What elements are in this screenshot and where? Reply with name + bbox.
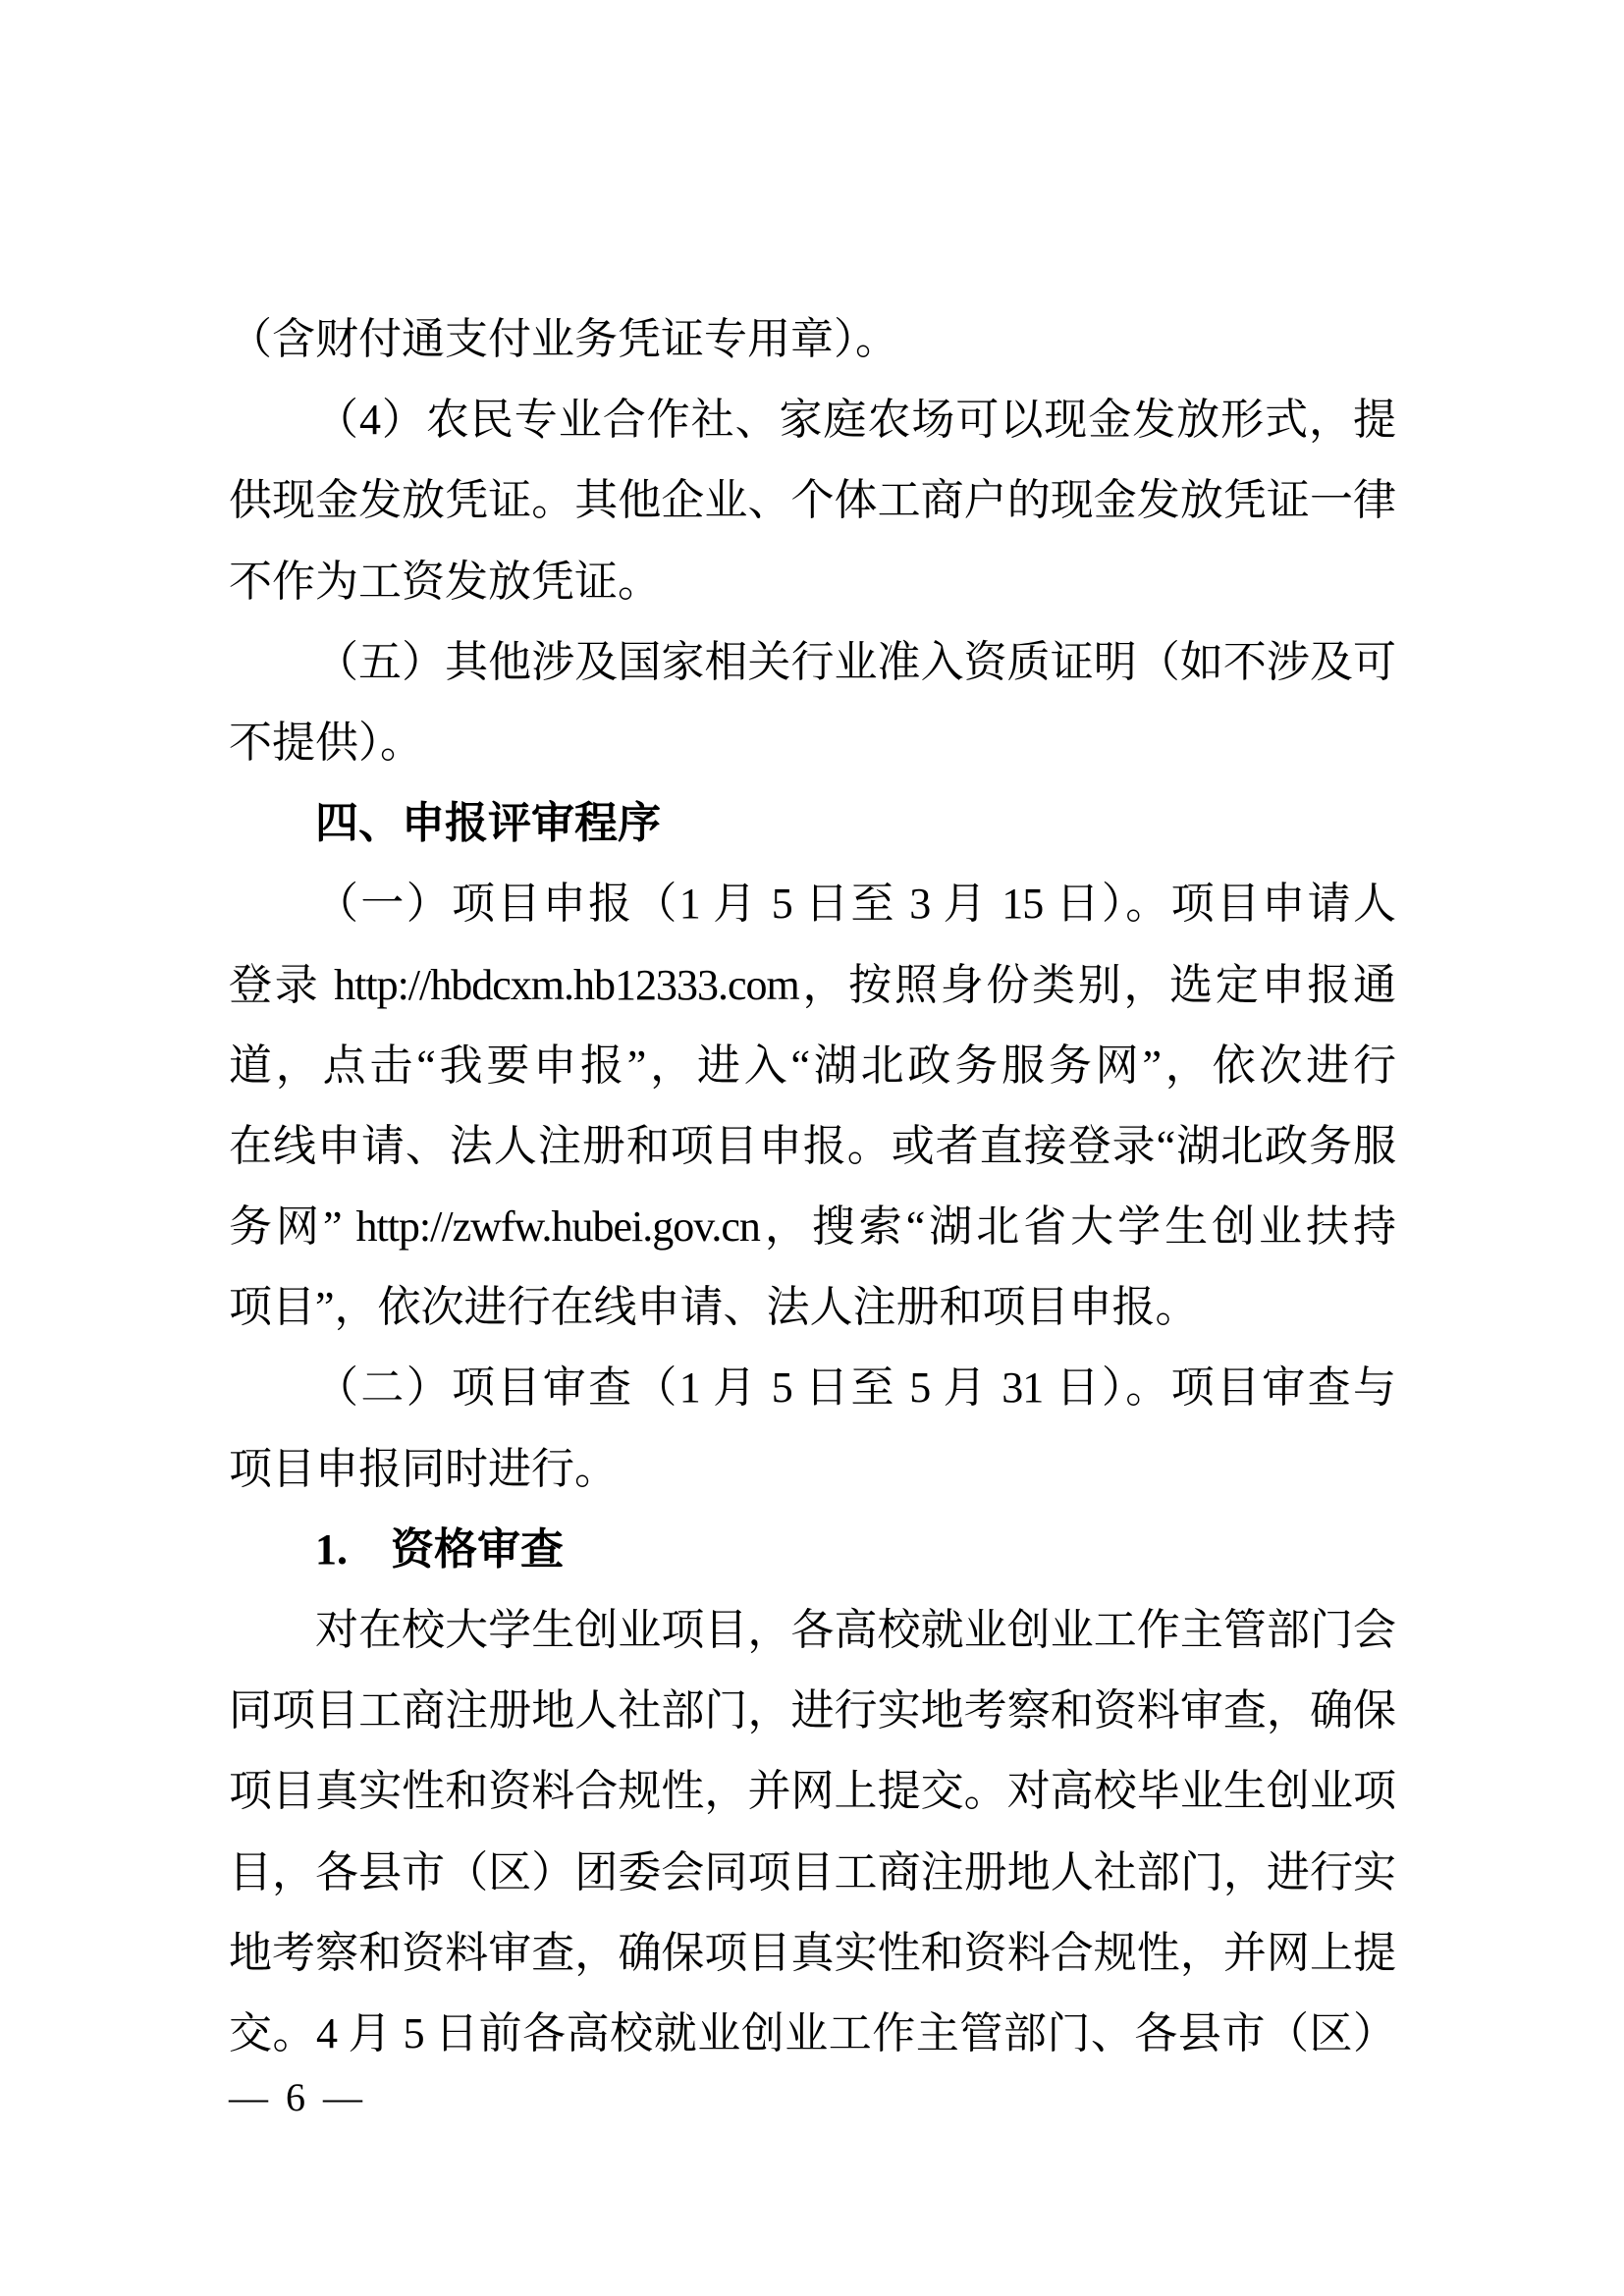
doc-line: 务网” http://zwfw.hubei.gov.cn，搜索“湖北省大学生创业… — [229, 1187, 1395, 1267]
document-page: （含财付通支付业务凭证专用章）。 （4）农民专业合作社、家庭农场可以现金发放形式… — [0, 0, 1624, 2296]
doc-line: 目，各县市（区）团委会同项目工商注册地人社部门，进行实 — [229, 1833, 1395, 1913]
doc-line: （二）项目审查（1 月 5 日至 5 月 31 日）。项目审查与 — [229, 1348, 1395, 1428]
doc-line: 登录 http://hbdcxm.hb12333.com，按照身份类别，选定申报… — [229, 945, 1395, 1026]
doc-line: 在线申请、法人注册和项目申报。或者直接登录“湖北政务服 — [229, 1106, 1395, 1187]
section-heading: 四、申报评审程序 — [229, 783, 1395, 864]
doc-line: 项目申报同时进行。 — [229, 1429, 1395, 1510]
doc-line: 对在校大学生创业项目，各高校就业创业工作主管部门会 — [229, 1590, 1395, 1671]
doc-line: 供现金发放凭证。其他企业、个体工商户的现金发放凭证一律 — [229, 460, 1395, 541]
doc-line: 交。4 月 5 日前各高校就业创业工作主管部门、各县市（区） — [229, 1994, 1395, 2074]
doc-line: 不提供）。 — [229, 703, 1395, 783]
subsection-heading: 1. 资格审查 — [229, 1510, 1395, 1590]
doc-line: 不作为工资发放凭证。 — [229, 542, 1395, 622]
doc-line: （五）其他涉及国家相关行业准入资质证明（如不涉及可 — [229, 622, 1395, 703]
doc-line: 项目”，依次进行在线申请、法人注册和项目申报。 — [229, 1267, 1395, 1348]
doc-line: 道，点击“我要申报”，进入“湖北政务服务网”，依次进行 — [229, 1026, 1395, 1106]
doc-line: 项目真实性和资料合规性，并网上提交。对高校毕业生创业项 — [229, 1751, 1395, 1832]
doc-line: 同项目工商注册地人社部门，进行实地考察和资料审查，确保 — [229, 1671, 1395, 1751]
doc-line: （一）项目申报（1 月 5 日至 3 月 15 日）。项目申请人 — [229, 864, 1395, 944]
doc-line: （4）农民专业合作社、家庭农场可以现金发放形式，提 — [229, 380, 1395, 460]
doc-line: （含财付通支付业务凭证专用章）。 — [229, 299, 1395, 380]
page-number: — 6 — — [229, 2073, 366, 2122]
document-text-block: （含财付通支付业务凭证专用章）。 （4）农民专业合作社、家庭农场可以现金发放形式… — [229, 299, 1395, 2074]
doc-line: 地考察和资料审查，确保项目真实性和资料合规性，并网上提 — [229, 1913, 1395, 1994]
